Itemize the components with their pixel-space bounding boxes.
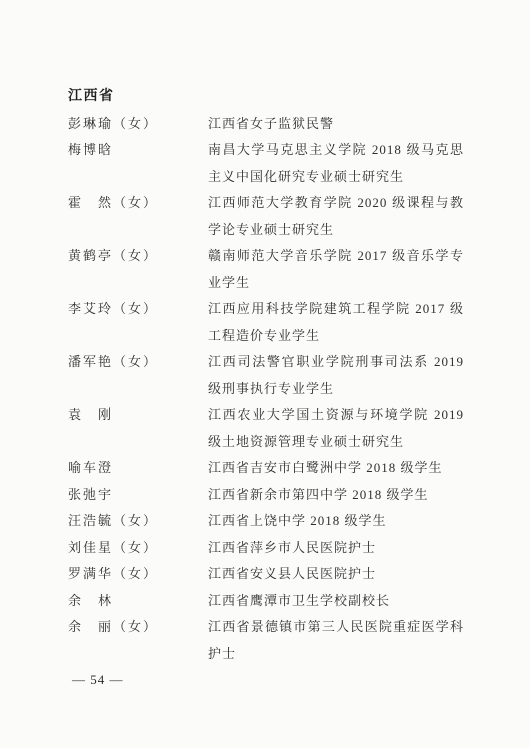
- entry-row: 袁 刚 江西农业大学国土资源与环境学院 2019 级土地资源管理专业硕士研究生: [68, 402, 530, 455]
- entry-name: 潘军艳（女）: [68, 349, 208, 376]
- entry-description: 江西省鹰潭市卫生学校副校长: [208, 588, 464, 615]
- entry-name: 霍 然（女）: [68, 190, 208, 217]
- entry-row: 霍 然（女） 江西师范大学教育学院 2020 级课程与教学论专业硕士研究生: [68, 190, 530, 243]
- entry-row: 李艾玲（女） 江西应用科技学院建筑工程学院 2017 级工程造价专业学生: [68, 296, 530, 349]
- entry-row: 刘佳星（女） 江西省萍乡市人民医院护士: [68, 535, 530, 562]
- document-page: 江西省 彭琳瑜（女） 江西省女子监狱民警 梅博晗 南昌大学马克思主义学院 201…: [0, 0, 530, 748]
- entry-name: 梅博晗: [68, 137, 208, 164]
- entry-description: 江西省景德镇市第三人民医院重症医学科护士: [208, 614, 464, 667]
- entry-row: 余 丽（女） 江西省景德镇市第三人民医院重症医学科护士: [68, 614, 530, 667]
- entry-row: 梅博晗 南昌大学马克思主义学院 2018 级马克思主义中国化研究专业硕士研究生: [68, 137, 530, 190]
- entry-row: 余 林 江西省鹰潭市卫生学校副校长: [68, 588, 530, 615]
- province-header: 江西省: [68, 84, 530, 111]
- entry-row: 黄鹤亭（女） 赣南师范大学音乐学院 2017 级音乐学专业学生: [68, 243, 530, 296]
- entry-description: 江西省安义县人民医院护士: [208, 561, 464, 588]
- entry-description: 江西省新余市第四中学 2018 级学生: [208, 482, 464, 509]
- entry-name: 黄鹤亭（女）: [68, 243, 208, 270]
- entry-row: 汪浩毓（女） 江西省上饶中学 2018 级学生: [68, 508, 530, 535]
- entry-name: 袁 刚: [68, 402, 208, 429]
- page-number: — 54 —: [72, 667, 530, 694]
- entry-row: 喻车澄 江西省吉安市白鹭洲中学 2018 级学生: [68, 455, 530, 482]
- entry-row: 罗满华（女） 江西省安义县人民医院护士: [68, 561, 530, 588]
- entry-description: 赣南师范大学音乐学院 2017 级音乐学专业学生: [208, 243, 464, 296]
- entry-row: 张弛宇 江西省新余市第四中学 2018 级学生: [68, 482, 530, 509]
- entry-name: 喻车澄: [68, 455, 208, 482]
- entry-list: 彭琳瑜（女） 江西省女子监狱民警 梅博晗 南昌大学马克思主义学院 2018 级马…: [68, 111, 530, 668]
- entry-description: 江西司法警官职业学院刑事司法系 2019 级刑事执行专业学生: [208, 349, 464, 402]
- entry-name: 余 丽（女）: [68, 614, 208, 641]
- entry-name: 张弛宇: [68, 482, 208, 509]
- entry-description: 江西省吉安市白鹭洲中学 2018 级学生: [208, 455, 464, 482]
- entry-description: 江西省萍乡市人民医院护士: [208, 535, 464, 562]
- entry-description: 江西师范大学教育学院 2020 级课程与教学论专业硕士研究生: [208, 190, 464, 243]
- entry-name: 罗满华（女）: [68, 561, 208, 588]
- entry-description: 江西省女子监狱民警: [208, 111, 464, 138]
- entry-description: 江西省上饶中学 2018 级学生: [208, 508, 464, 535]
- entry-description: 江西应用科技学院建筑工程学院 2017 级工程造价专业学生: [208, 296, 464, 349]
- entry-name: 刘佳星（女）: [68, 535, 208, 562]
- entry-row: 潘军艳（女） 江西司法警官职业学院刑事司法系 2019 级刑事执行专业学生: [68, 349, 530, 402]
- entry-row: 彭琳瑜（女） 江西省女子监狱民警: [68, 111, 530, 138]
- entry-description: 江西农业大学国土资源与环境学院 2019 级土地资源管理专业硕士研究生: [208, 402, 464, 455]
- entry-name: 彭琳瑜（女）: [68, 111, 208, 138]
- entry-name: 余 林: [68, 588, 208, 615]
- entry-name: 汪浩毓（女）: [68, 508, 208, 535]
- entry-name: 李艾玲（女）: [68, 296, 208, 323]
- entry-description: 南昌大学马克思主义学院 2018 级马克思主义中国化研究专业硕士研究生: [208, 137, 464, 190]
